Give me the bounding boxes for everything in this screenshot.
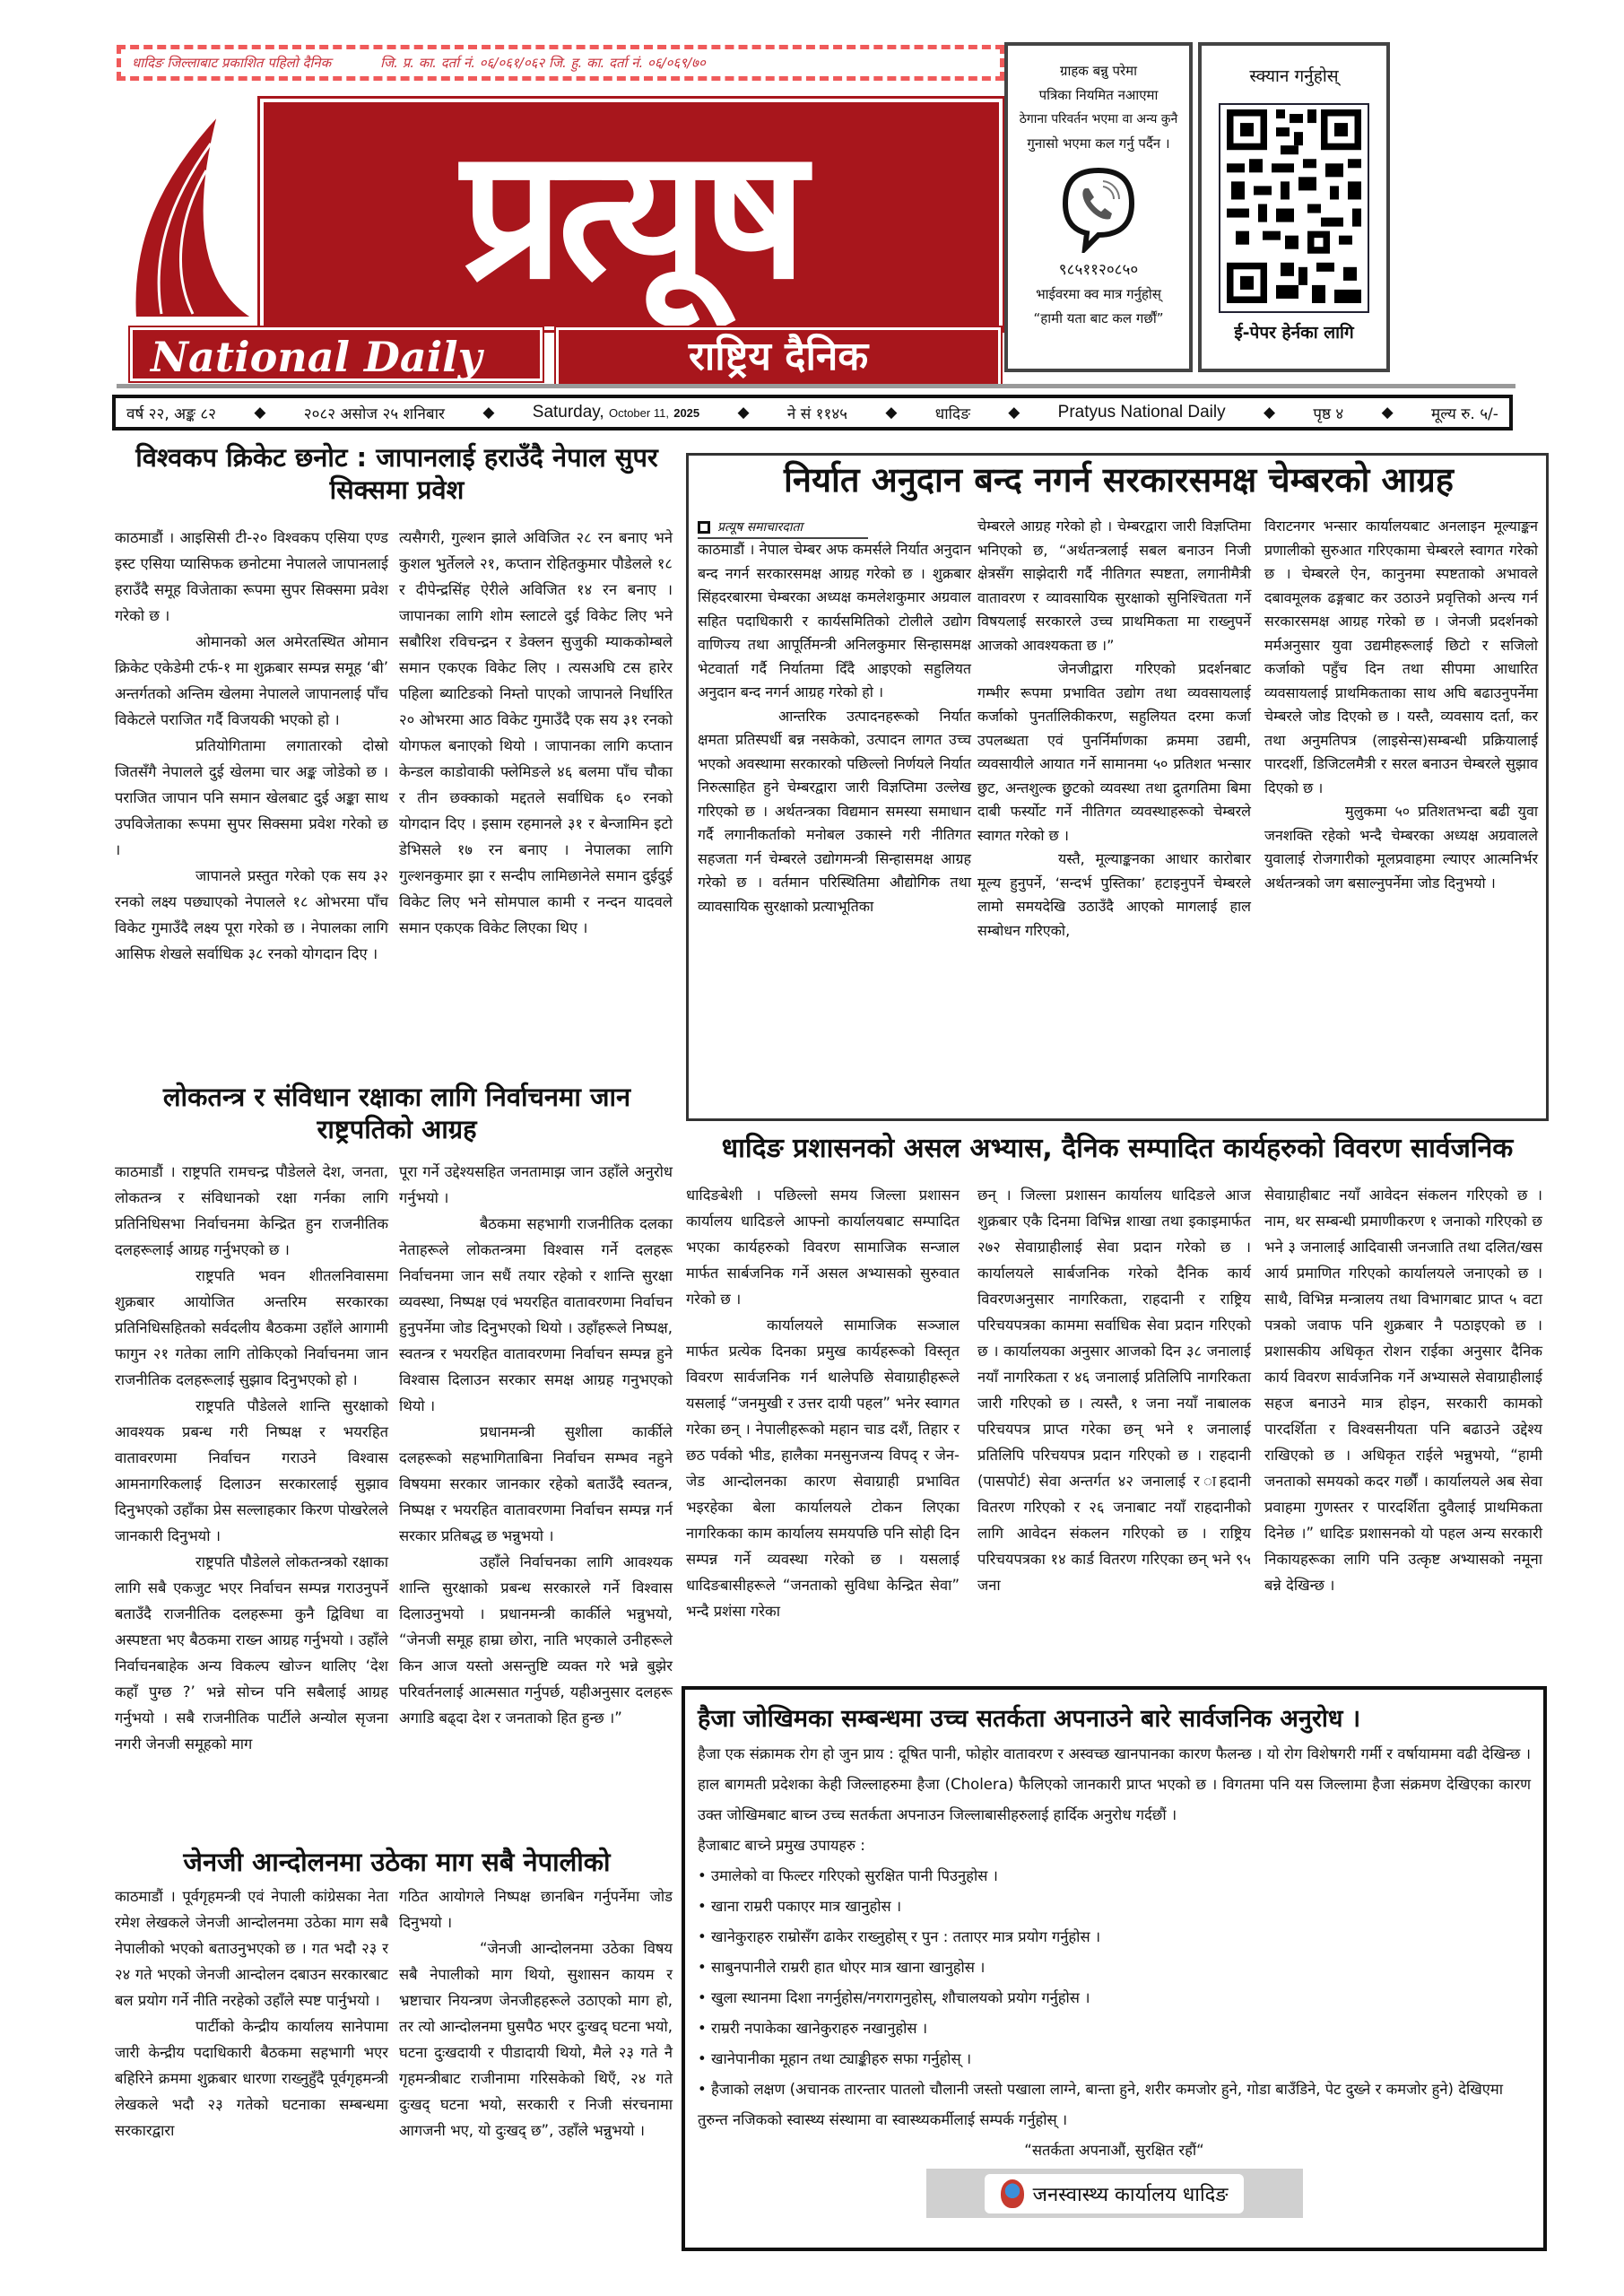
dhading-column-3: सेवाग्राहीबाट नयाँ आवेदन संकलन गरिएको छ … — [1264, 1182, 1542, 1598]
list-item: खानेपानीका मूहान तथा ट्याङ्कीहरु सफा गर्… — [698, 2044, 1531, 2074]
nepal-sambat: ने सं ११४५ — [787, 403, 847, 423]
dhading-column-1: धादिङबेशी । पछिल्लो समय जिल्ला प्रशासन क… — [686, 1182, 960, 1624]
cricket-column-2: त्यसैगरी, गुल्शन झाले अविजित २८ रन बनाए … — [399, 525, 673, 941]
viber-contact-box: ग्राहक बन्नु परेमा पत्रिका नियमित नआएमा … — [1004, 42, 1193, 372]
viber-line: गुनासो भएमा कल गर्नु पर्दैन । — [1008, 132, 1189, 156]
president-column-2: पूरा गर्ने उद्देश्यसहित जनतामाझ जान उहाँ… — [399, 1159, 673, 1731]
list-item: उमालेको वा फिल्टर गरिएको सुरक्षित पानी प… — [698, 1861, 1531, 1892]
genz-headline: जेनजी आन्दोलनमा उठेका माग सबै नेपालीको — [117, 1846, 677, 1878]
president-headline: लोकतन्त्र र संविधान रक्षाका लागि निर्वाच… — [117, 1081, 677, 1146]
chamber-column-2: चेम्बरले आग्रह गरेको हो । चेम्बरद्वारा ज… — [977, 515, 1251, 943]
list-item: खुला स्थानमा दिशा नगर्नुहोस/नगरागनुहोस्,… — [698, 1983, 1531, 2013]
cholera-notice: हैजा जोखिमका सम्बन्धमा उच्च सतर्कता अपना… — [682, 1686, 1547, 2251]
byline-square-icon — [698, 521, 710, 534]
diamond-icon: ◆ — [1008, 404, 1020, 422]
list-item: राम्ररी नपाकेका खानेकुराहरु नखानुहोस । — [698, 2013, 1531, 2044]
cricket-column-1: काठमाडौं । आइसिसी टी-२० विश्वकप एसिया एण… — [115, 525, 388, 967]
list-item: हैजाको लक्षण (अचानक तारन्तार पातलो चौलान… — [698, 2074, 1531, 2135]
newspaper-logo: प्रत्यूष National Daily राष्ट्रिय दैनिक — [121, 99, 995, 381]
dhading-headline: धादिङ प्रशासनको असल अभ्यास, दैनिक सम्पाद… — [686, 1132, 1549, 1166]
nepali-date: २०८२ असोज २५ शनिबार — [304, 403, 445, 423]
genz-column-1: काठमाडौं । पूर्वगृहमन्त्री एवं नेपाली का… — [115, 1883, 388, 2144]
genz-column-2: गठित आयोगले निष्पक्ष छानबिन गर्नुपर्नेमा… — [399, 1883, 673, 2144]
paper-name: Pratyus National Daily — [1058, 403, 1226, 422]
viber-phone-number: ९८५११२०८५० — [1008, 258, 1189, 283]
diamond-icon: ◆ — [737, 404, 749, 422]
list-item: खानेकुराहरु राम्रोसँग ढाकेर राख्नुहोस् र… — [698, 1922, 1531, 1952]
viber-line: पत्रिका नियमित नआएमा — [1008, 83, 1189, 108]
list-item: साबुनपानीले राम्ररी हात धोएर मात्र खाना … — [698, 1952, 1531, 1983]
notice-subhead: हैजाबाट बाच्ने प्रमुख उपायहरु : — [698, 1831, 1531, 1861]
notice-title: हैजा जोखिमका सम्बन्धमा उच्च सतर्कता अपना… — [698, 1700, 1531, 1734]
tagline-left: धादिङ जिल्लाबाट प्रकाशित पहिलो दैनिक — [132, 54, 331, 72]
viber-quote: “हामी यता बाट कल गर्छौं” — [1008, 307, 1189, 331]
qr-code-icon[interactable] — [1219, 103, 1369, 313]
chamber-column-3: विराटनगर भन्सार कार्यालयबाट अनलाइन मूल्य… — [1264, 515, 1538, 895]
epaper-qr-box: स्क्यान गर्नुहोस् ई-पेपर हेर्नका लागि — [1198, 42, 1390, 372]
byline: प्रत्यूष समाचारदाता — [698, 518, 868, 539]
viber-line: ग्राहक बन्नु परेमा — [1008, 59, 1189, 83]
qr-title: स्क्यान गर्नुहोस् — [1202, 64, 1386, 87]
place: धादिङ — [935, 403, 970, 423]
cricket-headline: विश्वकप क्रिकेट छनोट : जापानलाई हराउँदै … — [117, 441, 677, 507]
registration-number: जि. प्र. का. दर्ता नं. ०६/०६१/०६२ जि. हु… — [380, 54, 706, 72]
dateline-bar: वर्ष २२, अङ्क ८२ ◆ २०८२ असोज २५ शनिबार ◆… — [112, 395, 1513, 430]
divider — [117, 384, 1515, 388]
qr-footer: ई-पेपर हेर्नका लागि — [1202, 320, 1386, 344]
nepal-emblem-icon — [1001, 2179, 1024, 2208]
diamond-icon: ◆ — [482, 404, 494, 422]
flame-pen-icon — [121, 108, 265, 323]
logo-title: प्रत्यूष — [260, 99, 1003, 330]
office-name: जनस्वास्थ्य कार्यालय धादिङ — [1033, 2180, 1229, 2207]
chamber-headline: निर्यात अनुदान बन्द नगर्न सरकारसमक्ष चेम… — [690, 459, 1547, 502]
notice-intro: हैजा एक संक्रामक रोग हो जुन प्राय : दूषि… — [698, 1739, 1531, 1831]
viber-line: ठेगाना परिवर्तन भएमा वा अन्य कुनै — [1008, 108, 1189, 132]
logo-english: National Daily — [130, 327, 543, 381]
diamond-icon: ◆ — [254, 404, 265, 422]
logo-nepali: राष्ट्रिय दैनिक — [556, 327, 1001, 387]
office-banner: जनस्वास्थ्य कार्यालय धादिङ — [926, 2169, 1303, 2218]
dhading-column-2: छन् । जिल्ला प्रशासन कार्यालय धादिङले आज… — [977, 1182, 1251, 1598]
notice-slogan: “सतर्कता अपनाऔं, सुरक्षित रहौं“ — [698, 2139, 1531, 2160]
list-item: खाना राम्ररी पकाएर मात्र खानुहोस । — [698, 1892, 1531, 1922]
viber-note: भाईवरमा क्व मात्र गर्नुहोस् — [1008, 283, 1189, 307]
diamond-icon: ◆ — [1264, 404, 1275, 422]
masthead-tagline: धादिङ जिल्लाबाट प्रकाशित पहिलो दैनिक जि.… — [117, 45, 1004, 81]
volume-issue: वर्ष २२, अङ्क ८२ — [126, 403, 216, 423]
diamond-icon: ◆ — [1382, 404, 1394, 422]
page-number: पृष्ठ ४ — [1313, 403, 1343, 423]
english-date: Saturday, October 11, 2025 — [533, 403, 699, 422]
president-column-1: काठमाडौं । राष्ट्रपति रामचन्द्र पौडेलले … — [115, 1159, 388, 1757]
diamond-icon: ◆ — [885, 404, 897, 422]
price: मूल्य रु. ५/- — [1431, 403, 1498, 423]
chamber-column-1: काठमाडौं । नेपाल चेम्बर अफ कमर्सले निर्य… — [698, 538, 971, 918]
precaution-list: उमालेको वा फिल्टर गरिएको सुरक्षित पानी प… — [698, 1861, 1531, 2135]
viber-phone-icon — [1058, 163, 1139, 253]
